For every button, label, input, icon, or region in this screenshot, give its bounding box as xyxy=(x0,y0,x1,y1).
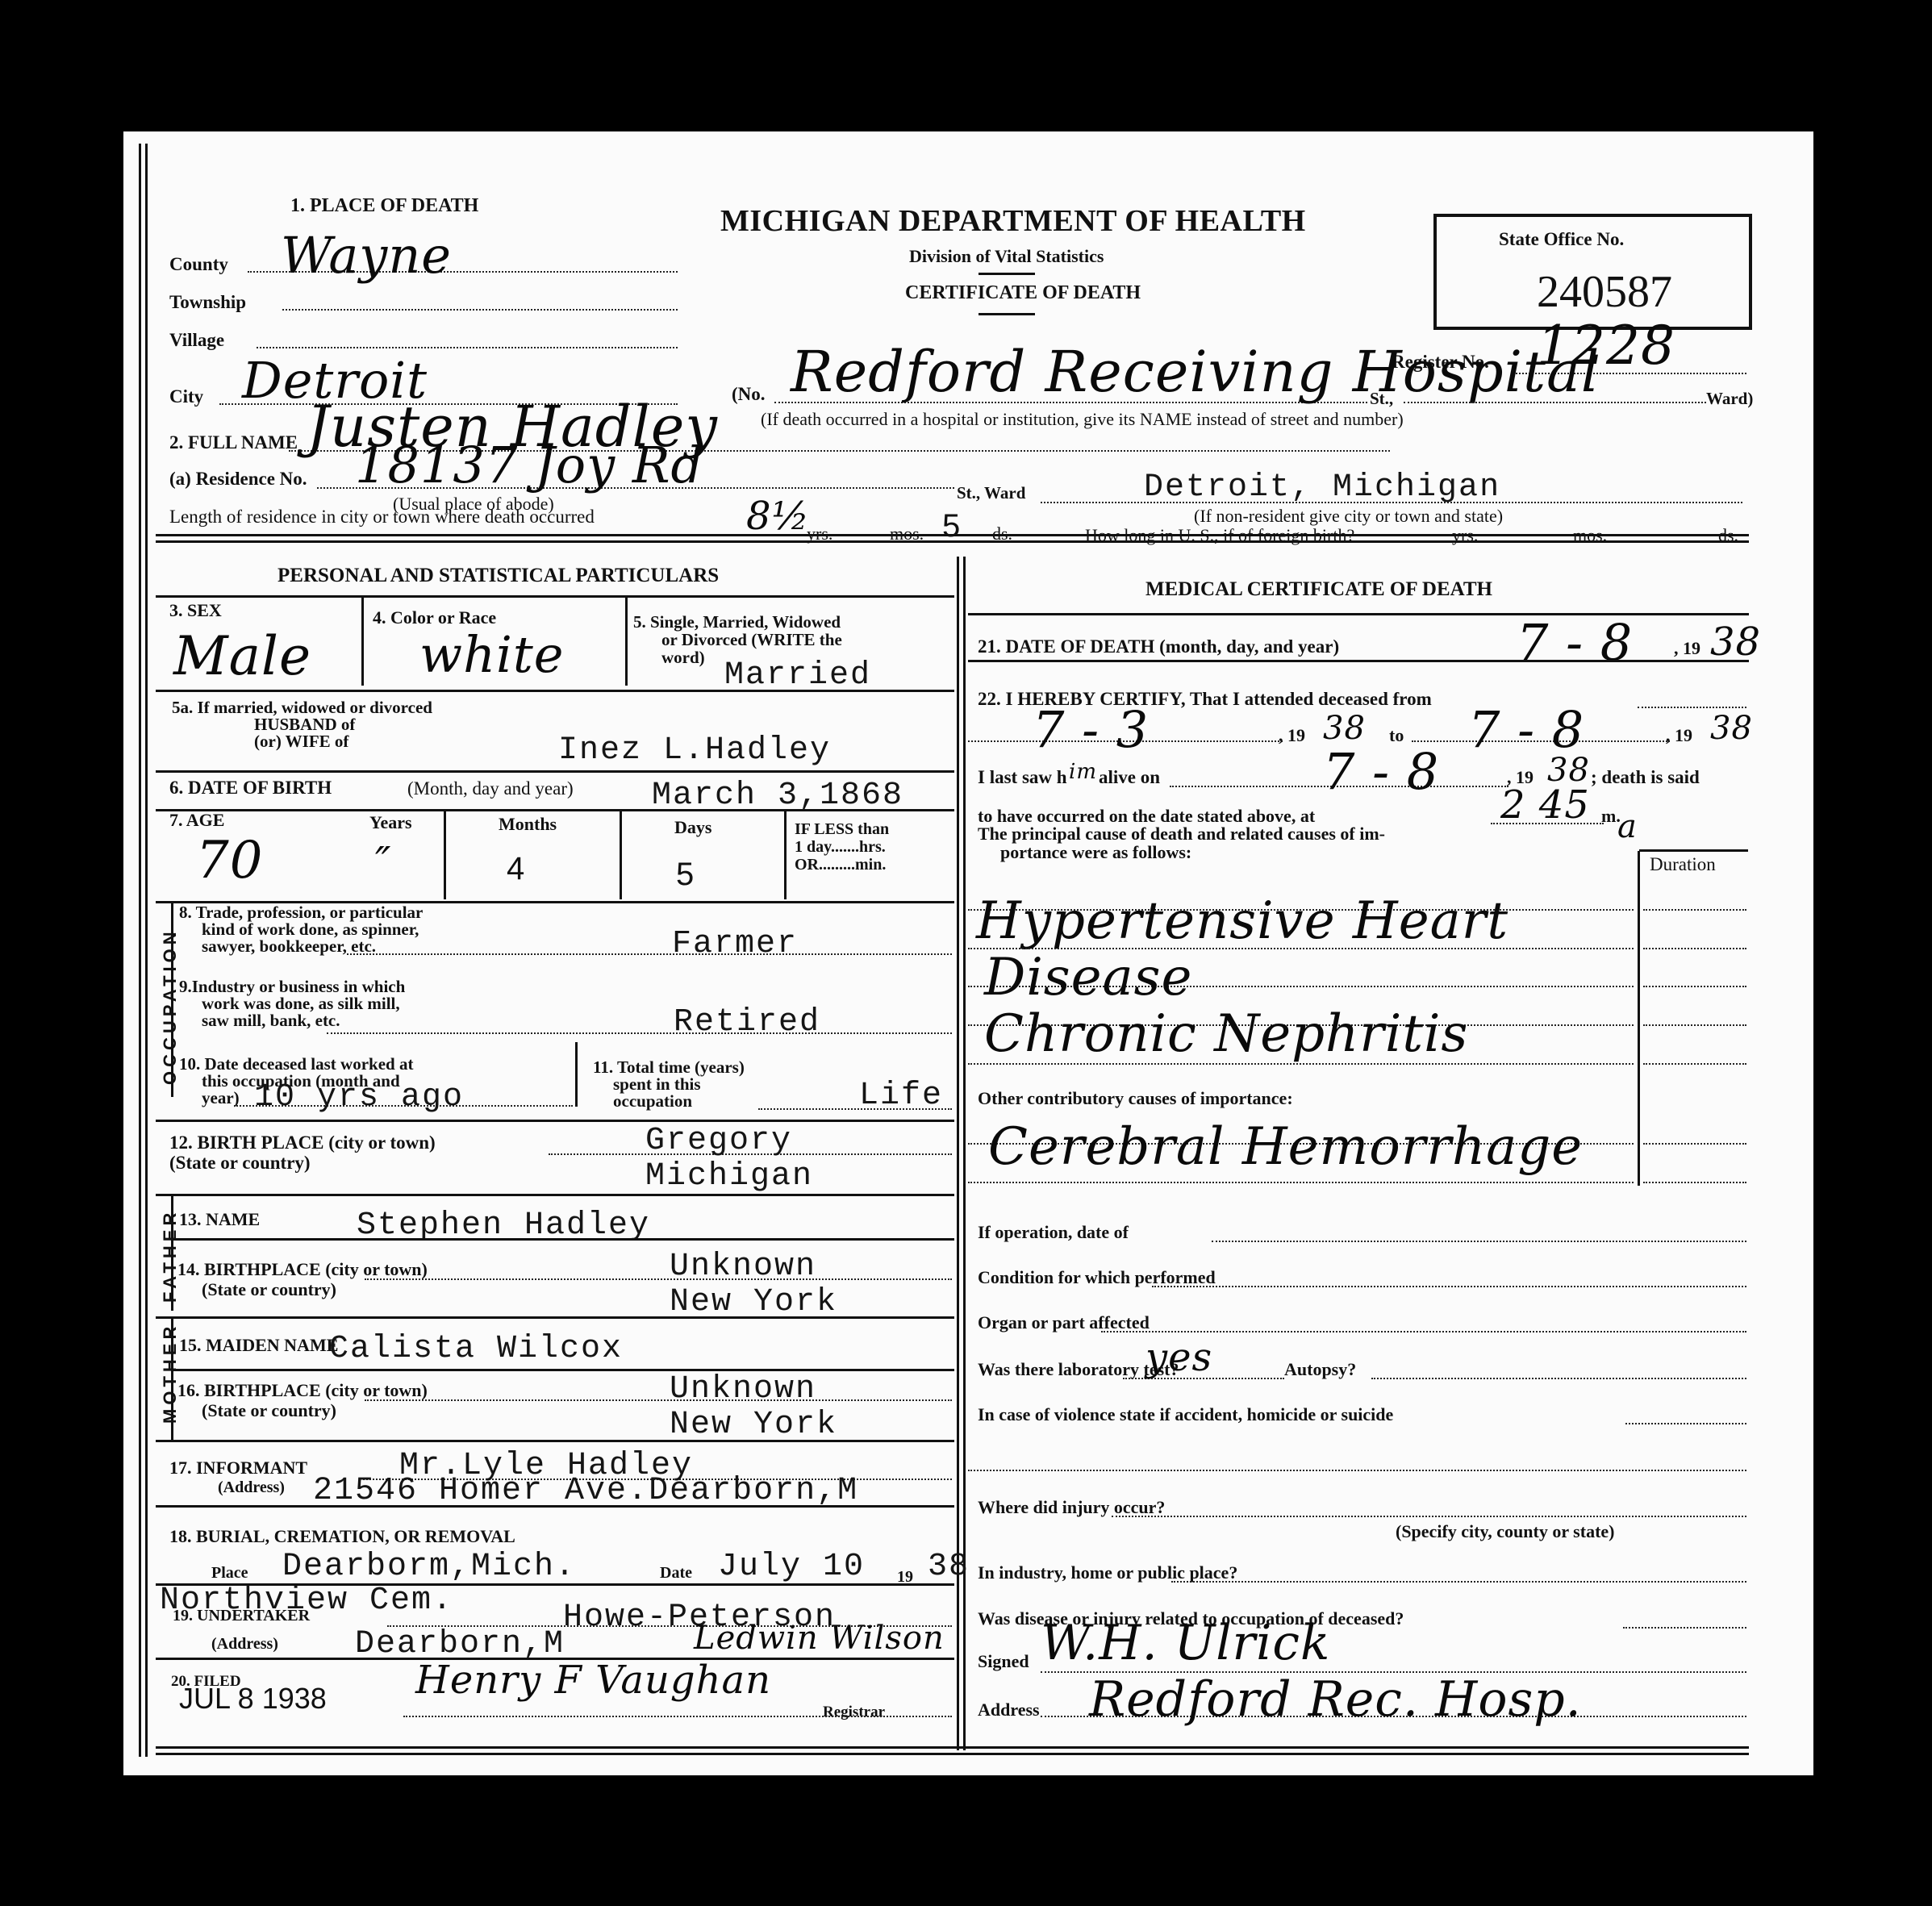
mother-side-label: MOTHER xyxy=(160,1323,181,1424)
st-label: St., xyxy=(1370,390,1393,407)
cell-divider xyxy=(444,811,446,899)
township-label: Township xyxy=(169,293,246,312)
total-time-label-3: occupation xyxy=(613,1092,692,1110)
age-label: 7. AGE xyxy=(169,811,224,829)
county-value: Wayne xyxy=(281,226,452,285)
rule xyxy=(156,595,954,598)
township-line xyxy=(282,309,678,311)
rule xyxy=(156,1505,954,1508)
attended-to-year-value: 38 xyxy=(1710,710,1753,747)
trade-label-2: kind of work done, as spinner, xyxy=(202,920,419,938)
birthplace-city-value: Gregory xyxy=(645,1123,792,1159)
duration-line xyxy=(1643,1143,1746,1145)
footer-rule xyxy=(156,1746,1749,1755)
duration-line xyxy=(1643,909,1746,911)
principal-cause-label-2: portance were as follows: xyxy=(1000,843,1191,861)
undertaker-signature: Ledwin Wilson xyxy=(694,1620,945,1657)
rule xyxy=(1639,849,1748,852)
violence-label: In case of violence state if accident, h… xyxy=(978,1405,1393,1424)
last-worked-label-3: year) xyxy=(202,1089,240,1107)
residence-label: (a) Residence No. xyxy=(169,469,307,489)
physician-signature: W.H. Ulrick xyxy=(1041,1615,1330,1671)
total-time-value: Life xyxy=(859,1078,943,1114)
personal-section-title: PERSONAL AND STATISTICAL PARTICULARS xyxy=(277,565,719,587)
father-birth-city-value: Unknown xyxy=(670,1249,816,1285)
mother-birth-city-value: Unknown xyxy=(670,1371,816,1408)
marital-label-2: or Divorced (WRITE the xyxy=(661,631,842,649)
rule xyxy=(173,1369,954,1371)
occupation-related-line xyxy=(1623,1627,1746,1629)
registrar-line xyxy=(403,1716,952,1717)
spouse-value: Inez L.Hadley xyxy=(558,732,831,769)
full-name-label: 2. FULL NAME xyxy=(169,433,298,453)
duration-line xyxy=(1643,1063,1746,1065)
sex-label: 3. SEX xyxy=(169,601,222,619)
age-years-value: 70 xyxy=(196,831,263,890)
st-ward-label: St., Ward xyxy=(957,484,1025,502)
duration-line xyxy=(1643,1182,1746,1183)
mother-birth-state-value: New York xyxy=(670,1407,837,1443)
last-worked-value: 10 yrs ago xyxy=(254,1079,464,1116)
autopsy-label: Autopsy? xyxy=(1284,1360,1356,1378)
industry-label-3: saw mill, bank, etc. xyxy=(202,1011,340,1029)
marital-status-value: Married xyxy=(724,657,871,694)
registrar-signature: Henry F Vaughan xyxy=(415,1658,771,1703)
place-of-death-heading: 1. PLACE OF DEATH xyxy=(290,196,478,216)
trade-label-3: sawyer, bookkeeper, etc. xyxy=(202,937,376,955)
rule xyxy=(156,1194,954,1196)
less-than-day-label-3: OR.........min. xyxy=(795,857,886,874)
race-label: 4. Color or Race xyxy=(373,608,496,627)
industry-label-1: 9.Industry or business in which xyxy=(179,978,405,995)
spouse-label-1: 5a. If married, widowed or divorced xyxy=(172,699,432,716)
attended-from-year-prefix: , 19 xyxy=(1279,726,1305,744)
ward-line xyxy=(1404,402,1706,403)
days-label: Days xyxy=(674,818,711,836)
city-label: City xyxy=(169,387,203,407)
duration-line xyxy=(1643,986,1746,987)
industry-place-label: In industry, home or public place? xyxy=(978,1563,1237,1582)
rule xyxy=(156,1316,954,1319)
filed-date-stamp: JUL 8 1938 xyxy=(179,1682,327,1716)
institution-no-label: (No. xyxy=(732,385,766,404)
dod-label: 21. DATE OF DEATH (month, day, and year) xyxy=(978,637,1339,657)
trade-label-1: 8. Trade, profession, or particular xyxy=(179,903,423,921)
months-label: Months xyxy=(499,815,557,833)
occurred-label: to have occurred on the date stated abov… xyxy=(978,807,1315,825)
organ-label: Organ or part affected xyxy=(978,1313,1150,1332)
attended-from-value: 7 - 3 xyxy=(1033,700,1149,759)
physician-address-label: Address xyxy=(978,1700,1040,1719)
condition-line xyxy=(1152,1286,1746,1287)
less-than-day-label-1: IF LESS than xyxy=(795,821,889,838)
dod-value: 7 - 8 xyxy=(1517,613,1633,672)
state-office-number: 240587 xyxy=(1537,266,1672,318)
cause-2-value: Disease xyxy=(984,948,1192,1007)
total-time-label-2: spent in this xyxy=(613,1075,701,1093)
cause-line xyxy=(968,1063,1634,1065)
last-saw-label: I last saw h xyxy=(978,768,1067,787)
village-line xyxy=(257,347,678,348)
institution-note: (If death occurred in a hospital or inst… xyxy=(761,410,1404,428)
violence-line xyxy=(1625,1423,1746,1424)
industry-place-line xyxy=(1171,1581,1746,1583)
mother-birthplace-label-2: (State or country) xyxy=(202,1401,336,1420)
father-birthplace-line xyxy=(365,1278,952,1280)
burial-label: 18. BURIAL, CREMATION, OR REMOVAL xyxy=(169,1527,515,1545)
violence-line-2 xyxy=(968,1470,1746,1471)
trade-value: Farmer xyxy=(672,926,798,962)
father-birthplace-label-1: 14. BIRTHPLACE (city or town) xyxy=(177,1260,428,1278)
attended-to-year-prefix: , 19 xyxy=(1666,726,1692,744)
informant-address-value: 21546 Homer Ave.Dearborn,M xyxy=(313,1473,858,1509)
attended-to-value: 7 - 8 xyxy=(1468,700,1584,759)
age-years-mark: ″ xyxy=(375,839,391,887)
dod-year-prefix: , 19 xyxy=(1674,639,1700,657)
alive-on-label: alive on xyxy=(1099,768,1160,787)
county-label: County xyxy=(169,255,228,274)
race-value: white xyxy=(419,625,564,684)
cell-divider xyxy=(575,1042,578,1107)
total-time-label-1: 11. Total time (years) xyxy=(593,1058,745,1076)
physician-address-value: Redford Rec. Hosp. xyxy=(1089,1671,1582,1728)
cell-divider xyxy=(361,597,364,686)
rule xyxy=(156,770,954,773)
mother-birthplace-label-1: 16. BIRTHPLACE (city or town) xyxy=(177,1381,428,1399)
length-years-value: 8½ xyxy=(746,494,810,539)
header-divider xyxy=(156,534,1749,543)
agency-title: MICHIGAN DEPARTMENT OF HEALTH xyxy=(720,203,1306,239)
rule xyxy=(156,809,954,811)
cell-divider xyxy=(620,811,622,899)
last-saw-value: 7 - 8 xyxy=(1323,742,1439,801)
rule xyxy=(156,1120,954,1122)
time-of-death-value: 2 45 xyxy=(1500,782,1590,828)
sex-value: Male xyxy=(173,625,311,687)
injury-where-line xyxy=(1112,1516,1746,1517)
burial-date-label: Date xyxy=(660,1565,692,1582)
last-worked-label-1: 10. Date deceased last worked at xyxy=(179,1055,413,1073)
duration-line xyxy=(1643,948,1746,949)
dod-year-value: 38 xyxy=(1710,619,1761,665)
lab-test-value: yes xyxy=(1145,1335,1212,1380)
burial-place-value: Dearborm,Mich. xyxy=(282,1549,576,1585)
cause-3-value: Chronic Nephritis xyxy=(984,1004,1468,1064)
informant-label: 17. INFORMANT xyxy=(169,1458,307,1477)
dob-sublabel: (Month, day and year) xyxy=(407,779,574,799)
title-rule xyxy=(979,313,1035,315)
birthplace-label-2: (State or country) xyxy=(169,1153,311,1173)
duration-divider xyxy=(1638,851,1640,1186)
cause-line xyxy=(968,1182,1634,1183)
years-label: Years xyxy=(369,813,412,832)
mother-name-label: 15. MAIDEN NAME xyxy=(179,1336,338,1354)
less-than-day-label-2: 1 day.......hrs. xyxy=(795,839,886,856)
registrar-label: Registrar xyxy=(823,1704,885,1720)
cell-divider xyxy=(625,597,628,686)
undertaker-label: 19. UNDERTAKER xyxy=(173,1608,310,1624)
rule xyxy=(156,690,954,692)
last-saw-him: im xyxy=(1069,760,1097,784)
operation-line xyxy=(1212,1241,1746,1242)
medical-section-title: MEDICAL CERTIFICATE OF DEATH xyxy=(1145,578,1492,601)
age-days-value: 5 xyxy=(676,857,694,893)
father-name-label: 13. NAME xyxy=(179,1210,260,1228)
occupation-side-label: OCCUPATION xyxy=(160,928,181,1085)
industry-label-2: work was done, as silk mill, xyxy=(202,995,400,1012)
operation-label: If operation, date of xyxy=(978,1223,1129,1241)
rule xyxy=(968,660,1749,662)
mother-birthplace-line xyxy=(365,1399,952,1401)
spouse-label-2: HUSBAND of xyxy=(254,715,355,733)
burial-year-value: 38 xyxy=(928,1549,970,1585)
injury-where-label: Where did injury occur? xyxy=(978,1498,1165,1516)
father-birthplace-label-2: (State or country) xyxy=(202,1280,336,1299)
duration-label: Duration xyxy=(1650,855,1716,874)
trade-line xyxy=(347,953,952,955)
division-title: Division of Vital Statistics xyxy=(909,246,1104,267)
marital-label-3: word) xyxy=(661,649,705,666)
age-months-value: 4 xyxy=(507,851,524,887)
marital-label-1: 5. Single, Married, Widowed xyxy=(633,613,841,631)
industry-line xyxy=(327,1032,952,1034)
cell-divider xyxy=(784,811,787,899)
institution-value: Redford Receiving Hospital xyxy=(791,339,1600,405)
title-rule xyxy=(979,273,1035,275)
death-said-label: ; death is said xyxy=(1591,768,1700,787)
birthplace-state-value: Michigan xyxy=(645,1158,813,1195)
cause-1-value: Hypertensive Heart xyxy=(976,891,1508,951)
nonresident-note: (If non-resident give city or town and s… xyxy=(1194,507,1503,525)
industry-value: Retired xyxy=(674,1004,820,1041)
father-birth-state-value: New York xyxy=(670,1284,837,1320)
informant-address-label: (Address) xyxy=(218,1479,285,1496)
residence-city-state: Detroit, Michigan xyxy=(1144,469,1500,506)
contributory-value: Cerebral Hemorrhage xyxy=(988,1117,1583,1177)
condition-label: Condition for which performed xyxy=(978,1268,1216,1287)
mother-name-value: Calista Wilcox xyxy=(329,1331,623,1367)
length-of-residence-label: Length of residence in city or town wher… xyxy=(169,507,595,527)
left-border-rule xyxy=(139,144,148,1757)
contributory-label: Other contributory causes of importance: xyxy=(978,1089,1293,1107)
undertaker-address-label: (Address) xyxy=(211,1636,278,1653)
birthplace-label-1: 12. BIRTH PLACE (city or town) xyxy=(169,1133,436,1153)
duration-line xyxy=(1643,1024,1746,1026)
spouse-label-3: (or) WIFE of xyxy=(254,732,348,750)
rule xyxy=(156,1440,954,1442)
residence-value: 18137 Joy Rd xyxy=(355,436,703,494)
burial-place-label: Place xyxy=(211,1565,248,1582)
certify-line xyxy=(1638,707,1746,708)
organ-line xyxy=(1101,1331,1746,1333)
state-office-label: State Office No. xyxy=(1499,230,1624,249)
father-side-label: FATHER xyxy=(160,1209,181,1303)
rule xyxy=(173,1238,954,1241)
dob-label: 6. DATE OF BIRTH xyxy=(169,778,332,798)
autopsy-line xyxy=(1371,1378,1746,1379)
injury-specify-note: (Specify city, county or state) xyxy=(1396,1522,1615,1541)
burial-date-value: July 10 xyxy=(718,1549,865,1585)
form-title: CERTIFICATE OF DEATH xyxy=(905,282,1141,304)
ward-label: Ward) xyxy=(1706,390,1753,407)
principal-cause-label-1: The principal cause of death and related… xyxy=(978,824,1385,843)
village-label: Village xyxy=(169,331,224,350)
meridiem-value: a xyxy=(1617,808,1638,845)
signed-label: Signed xyxy=(978,1652,1029,1670)
